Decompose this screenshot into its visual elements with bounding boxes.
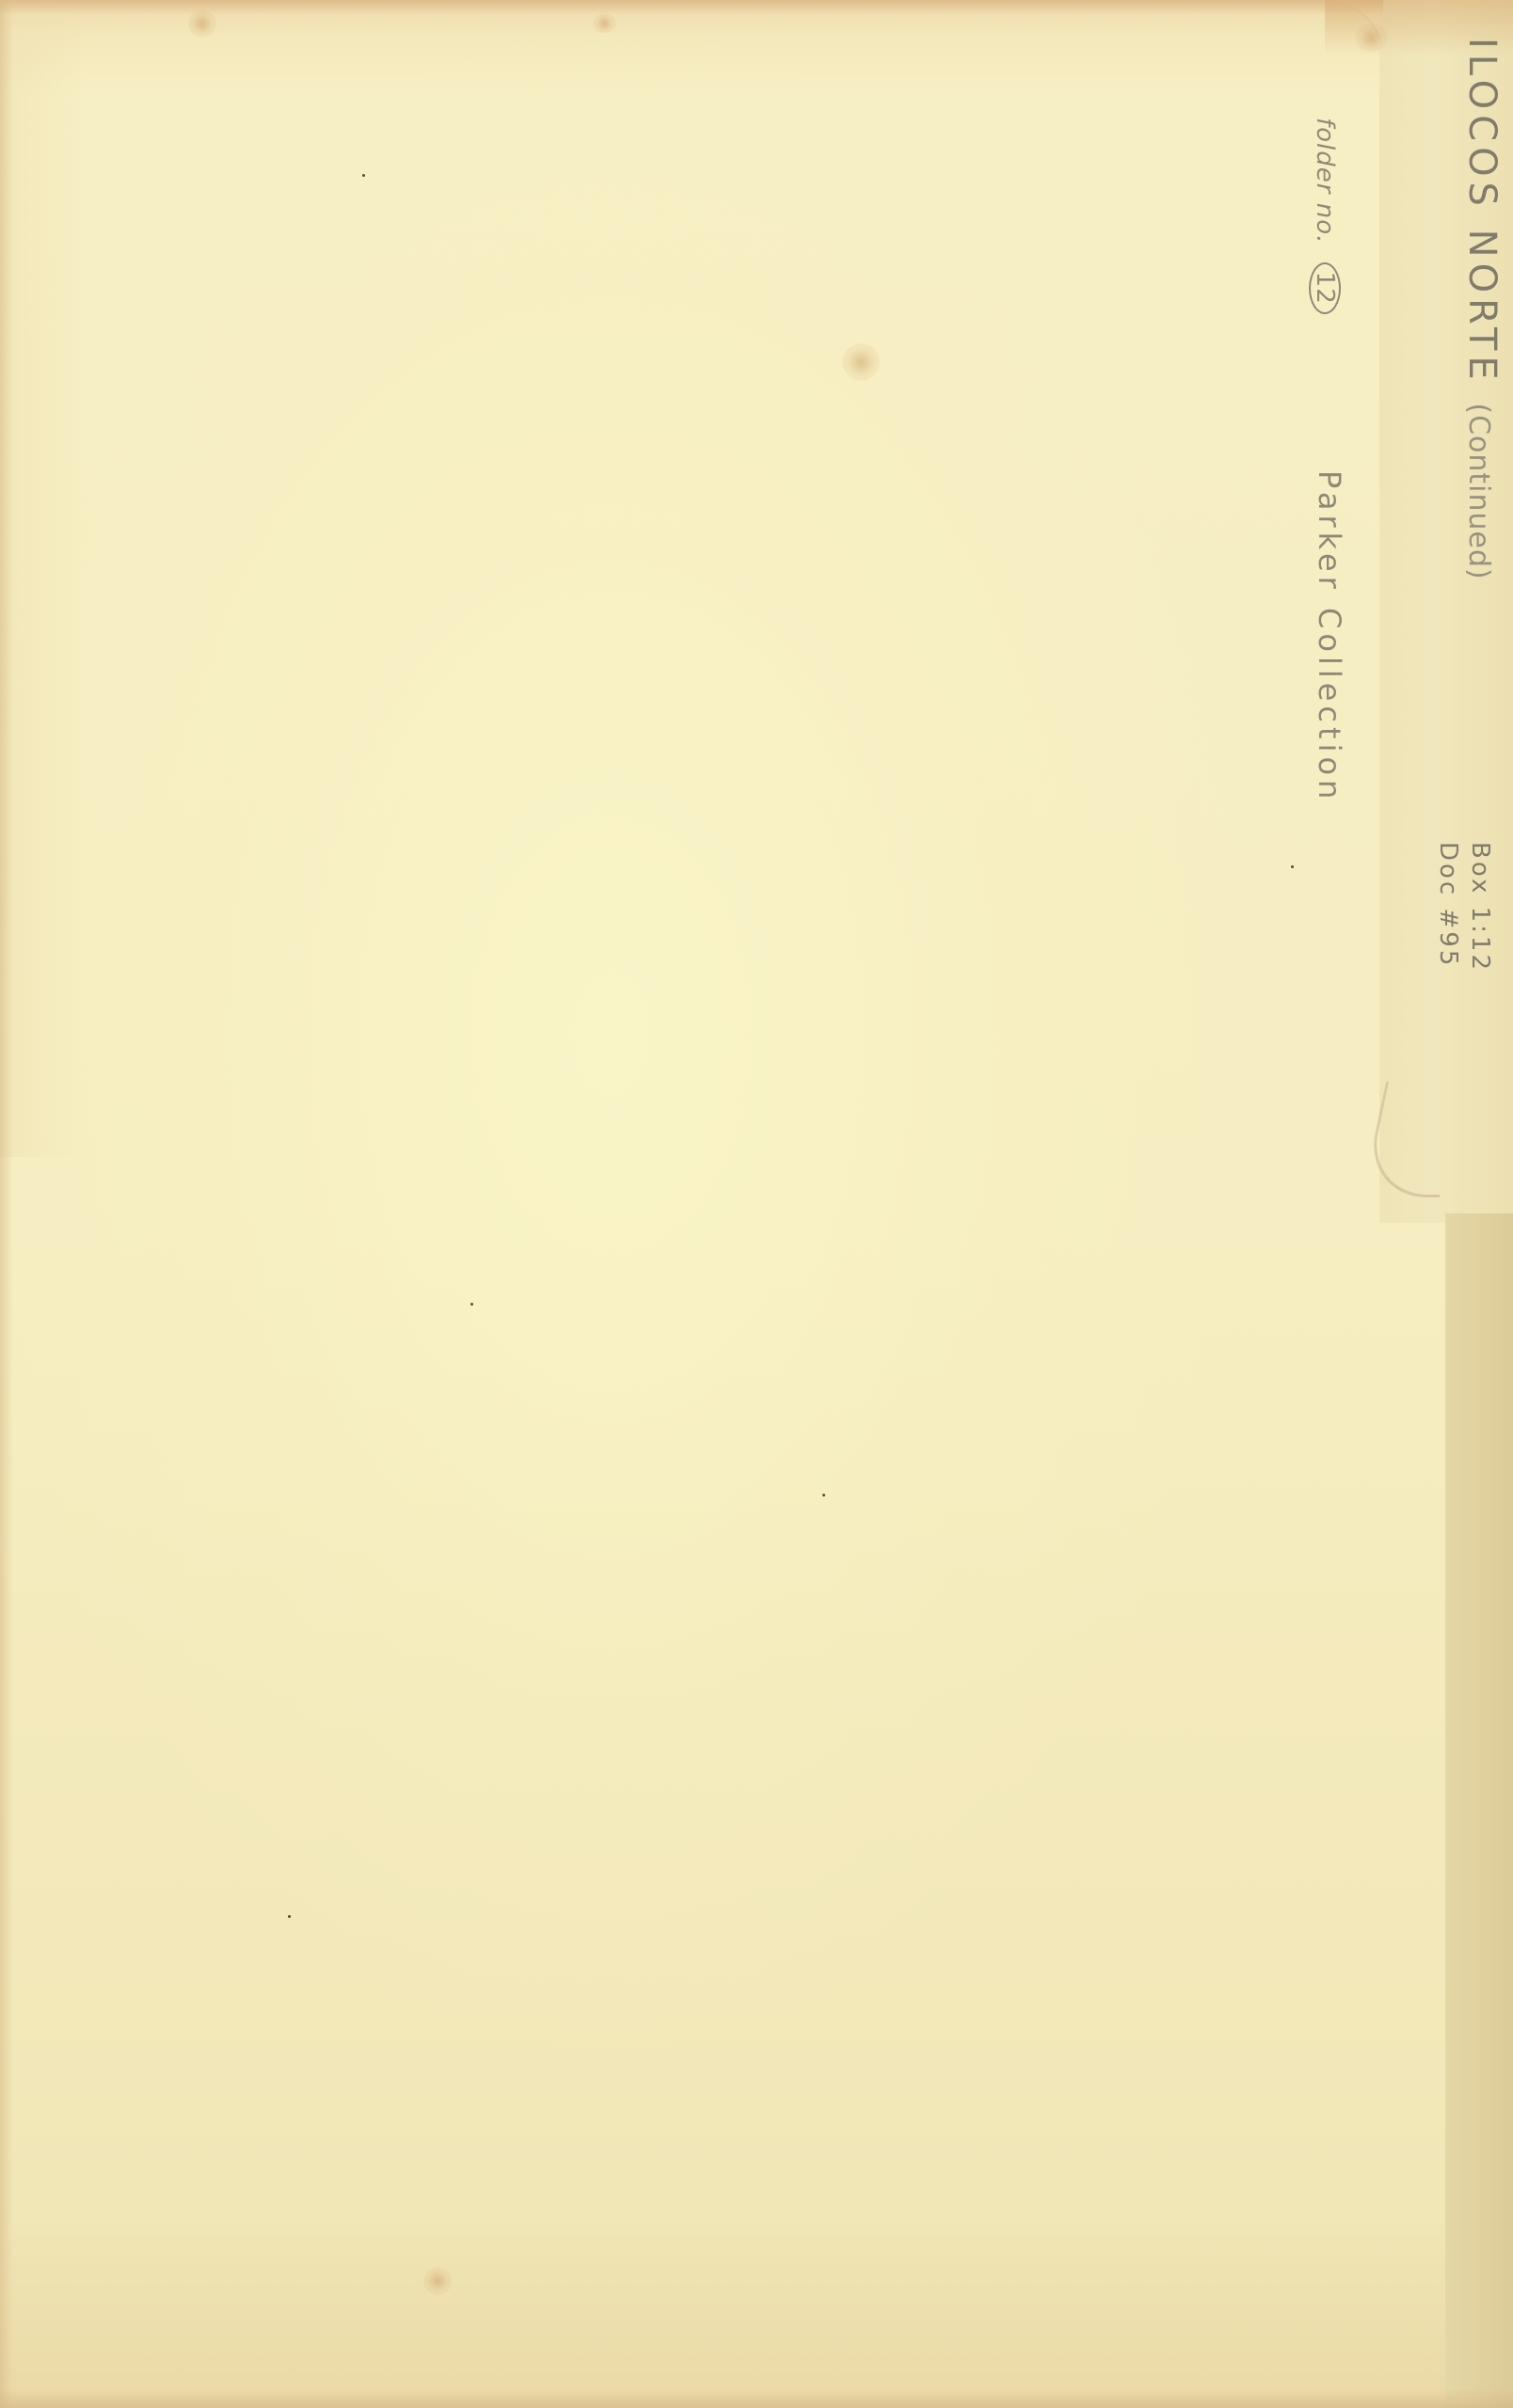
- folder-number-circled: 12: [1309, 262, 1341, 314]
- folder-flap-edge: [0, 0, 1381, 1157]
- doc-reference: Doc #95: [1432, 842, 1464, 973]
- foxing-spot: [188, 9, 216, 38]
- speck: [470, 1303, 473, 1306]
- speck: [288, 1915, 291, 1918]
- collection-annotation: Parker Collection: [1312, 470, 1347, 803]
- folder-number-label: folder no.: [1311, 118, 1339, 244]
- foxing-spot: [1355, 24, 1388, 52]
- tab-label-annotation: ILOCOS NORTE (Continued): [1460, 38, 1504, 580]
- left-edge-stain: [0, 0, 13, 2408]
- speck: [822, 1494, 825, 1497]
- box-doc-reference: Box 1:12 Doc #95: [1432, 842, 1496, 973]
- foxing-spot: [423, 2267, 452, 2295]
- bottom-edge-stain: [0, 2389, 1513, 2408]
- tab-label-suffix: (Continued): [1462, 403, 1495, 579]
- speck: [1291, 865, 1294, 868]
- box-reference: Box 1:12: [1464, 842, 1496, 973]
- tab-label-text: ILOCOS NORTE: [1460, 38, 1504, 386]
- scanned-folder: ILOCOS NORTE (Continued) folder no. 12 P…: [0, 0, 1513, 2408]
- foxing-spot: [842, 343, 880, 381]
- folder-right-strip: [1445, 1213, 1513, 2408]
- folder-number-annotation: folder no. 12: [1309, 118, 1341, 314]
- foxing-spot: [593, 14, 616, 33]
- speck: [362, 174, 365, 177]
